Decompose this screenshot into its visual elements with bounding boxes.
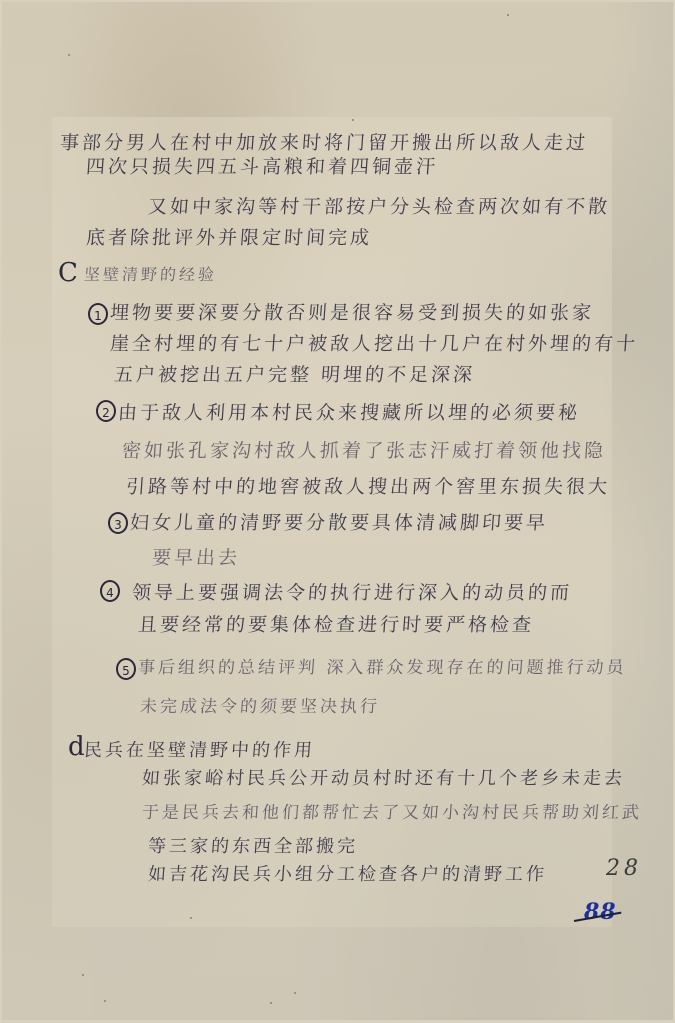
section-marker: C [58,260,78,286]
item-number-circle: 1 [88,303,108,325]
paper-speck [104,1000,106,1002]
item-number-circle: 2 [96,400,116,422]
text-line: 于是民兵去和他们都帮忙去了又如小沟村民兵帮助刘红武 [141,805,642,822]
section-heading: 民兵在坚壁清野中的作用 [83,742,315,760]
text-line: 引路等村中的地窖被敌人搜出两个窖里东损失很大 [125,478,610,497]
text-line: 埋物要要深要分散否则是很容易受到损失的如张家 [109,304,594,323]
old-page-number: 88 [584,899,617,925]
text-line: 由于敌人利用本村民众来搜藏所以埋的必须要秘 [117,404,580,423]
text-line: 崖全村埋的有七十户被敌人挖出十几户在村外埋的有十 [109,335,638,354]
text-line: 四次只损失四五斗高粮和着四铜壶汗 [85,158,438,177]
section-marker: d [68,734,85,760]
text-line: 事部分男人在村中加放来时将门留开搬出所以敌人走过 [59,134,588,153]
text-line: 如张家峪村民兵公开动员村时还有十几个老乡未走去 [141,770,625,788]
paper-speck [190,917,192,919]
item-number-circle: 4 [100,580,120,602]
text-line: 要早出去 [151,549,240,568]
paper-speck [294,992,296,994]
text-line: 底者除批评外并限定时间完成 [85,229,372,248]
text-line: 密如张孔家沟村敌人抓着了张志汗威打着领他找隐 [121,442,606,461]
item-number-circle: 5 [116,658,136,680]
text-line: 领导上要强调法令的执行进行深入的动员的而 [131,584,572,603]
paper-speck [270,1002,272,1004]
document-page: 事部分男人在村中加放来时将门留开搬出所以敌人走过 四次只损失四五斗高粮和着四铜壶… [2,2,673,1020]
text-line: 又如中家沟等村干部按户分头检查两次如有不散 [147,198,610,217]
paper-speck [68,54,70,56]
paper-bottom-panel [92,927,612,1017]
page-number: 28 [606,856,642,881]
text-line: 妇女儿童的清野要分散要具体清减脚印要早 [129,514,548,533]
paper-speck [352,119,354,121]
text-line: 等三家的东西全部搬完 [147,838,358,856]
item-number-circle: 3 [108,512,128,534]
text-line: 且要经常的要集体检查进行时要严格检查 [137,616,534,635]
text-line: 五户被挖出五户完整 明埋的不足深深 [113,366,475,385]
paper-speck [82,974,84,976]
paper-speck [507,14,509,16]
section-heading: 坚壁清野的经验 [83,267,217,283]
text-line: 事后组织的总结评判 深入群众发现存在的问题推行动员 [137,660,627,677]
text-line: 未完成法令的须要坚决执行 [139,699,380,716]
text-line: 如吉花沟民兵小组分工检查各户的清野工作 [147,866,547,884]
